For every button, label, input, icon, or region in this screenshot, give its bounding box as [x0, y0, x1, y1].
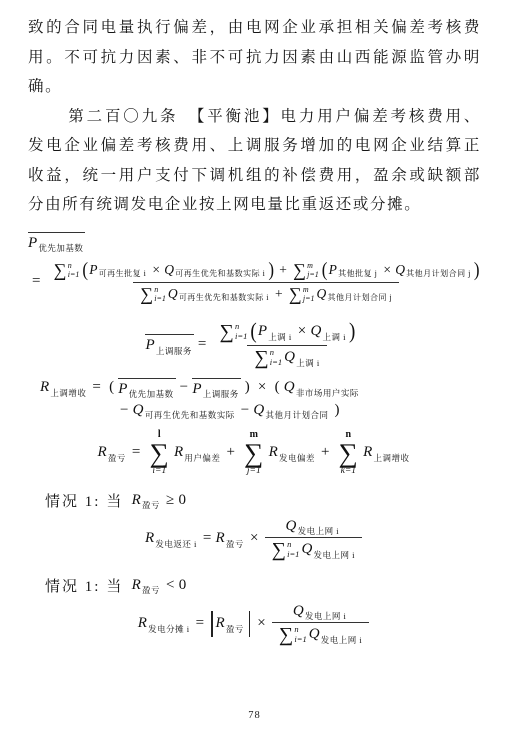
op-plus: +	[321, 444, 330, 461]
page-number: 78	[0, 710, 509, 721]
sub-up-i: 上调 i	[296, 357, 320, 369]
var-P: P	[28, 235, 37, 252]
fraction-numerator: ∑ni=1 ( P可再生批复 i × Q可再生优先和基数实际 i ) + ∑mj…	[47, 258, 486, 282]
op-less-than: <	[166, 577, 175, 594]
paragraph-line: 确。	[28, 72, 481, 102]
formula-up-income-line2: − Q可再生优先和基数实际 − Q其他月计划合同 )	[116, 402, 481, 419]
op-times: ×	[257, 615, 266, 632]
paragraph-2-article-209: 第二百〇九条 【平衡池】电力用户偏差考核费用、 发电企业偏差考核费用、上调服务增…	[28, 102, 481, 220]
sub-other-approved: 其他批复 j	[338, 268, 377, 279]
sigma-icon: ∑	[293, 261, 306, 279]
formula-up-service-price: P上调服务 = ∑ni=1 ( P上调 i × Q上调 i ) ∑ni=1 Q上…	[28, 319, 481, 370]
op-times: ×	[250, 530, 259, 547]
paragraph-line: 发电企业偏差考核费用、上调服务增加的电网企业结算正	[28, 131, 481, 161]
value-zero: 0	[178, 492, 186, 509]
op-equals: =	[198, 336, 207, 353]
op-minus: −	[180, 379, 189, 396]
sum-lower: i=1	[287, 550, 299, 560]
var-Q: Q	[301, 541, 312, 558]
case-when: 当	[106, 490, 121, 511]
sum-i1-n-icon: ∑ni=1	[254, 348, 282, 368]
sub-renewable-actual: 可再生优先和基数实际	[145, 409, 235, 421]
sum-i1-n-icon: ∑ni=1	[54, 261, 80, 279]
op-equals: =	[203, 530, 212, 547]
document-page: 致的合同电量执行偏差，由电网企业承担相关偏差考核费 用。不可抗力因素、非不可抗力…	[0, 0, 509, 731]
var-Q: Q	[133, 402, 144, 419]
sub-up-income: 上调增收	[373, 452, 409, 464]
sub-renewable-actual: 可再生优先和基数实际 i	[179, 292, 269, 303]
overline-p-priority-base: P优先加基数	[28, 232, 85, 252]
formula-gen-return: R发电返还 i = R盈亏 × Q发电上网 i ∑ni=1 Q发电上网 i	[28, 516, 481, 562]
sub-gen-deviation: 发电偏差	[279, 452, 315, 464]
sum-j1-m-icon: ∑mj=1	[293, 261, 319, 279]
var-R: R	[132, 577, 141, 594]
var-Q: Q	[284, 379, 295, 396]
formula-up-income-line1: R上调增收 = ( P优先加基数 − P上调服务 ) × ( Q非市场用户实际	[40, 378, 481, 398]
value-zero: 0	[179, 577, 187, 594]
sum-upper: n	[68, 261, 80, 270]
sub-other-plan: 其他月计划合同 j	[328, 292, 393, 303]
sub-gen-return: 发电返还 i	[155, 538, 197, 550]
sigma-icon: ∑	[220, 322, 234, 342]
op-times: ×	[383, 262, 391, 278]
sum-upper: m	[303, 285, 315, 294]
sub-profit-loss: 盈亏	[226, 623, 244, 635]
paren-left: (	[250, 319, 257, 344]
fraction-denominator: ∑ni=1 Q可再生优先和基数实际 i + ∑mj=1 Q其他月计划合同 j	[133, 282, 399, 305]
abs-bar-icon	[249, 611, 250, 637]
var-Q: Q	[293, 603, 304, 620]
sum-upper: m	[307, 261, 319, 270]
op-minus: −	[120, 402, 129, 419]
sub-renewable-approved: 可再生批复 i	[99, 268, 147, 279]
sub-user-deviation: 用户偏差	[184, 452, 220, 464]
op-plus: +	[226, 444, 235, 461]
fraction-denominator: ∑ni=1 Q上调 i	[247, 345, 326, 370]
op-times: ×	[298, 323, 307, 340]
sub-gen-grid: 发电上网 i	[305, 610, 347, 622]
paren-left: (	[322, 258, 328, 281]
sub-up-income: 上调增收	[50, 387, 86, 399]
var-R: R	[98, 444, 107, 461]
sub-up-i: 上调 i	[322, 331, 346, 343]
sum-lower: i=1	[154, 294, 166, 303]
var-R: R	[363, 444, 372, 461]
sub-profit-loss: 盈亏	[142, 499, 160, 511]
var-R: R	[269, 444, 278, 461]
var-R: R	[174, 444, 183, 461]
var-R: R	[132, 492, 141, 509]
paren-left: (	[82, 258, 88, 281]
sum-i1-n-icon: ∑ni=1	[272, 540, 300, 560]
op-minus: −	[241, 402, 250, 419]
fraction-numerator: Q发电上网 i	[288, 601, 354, 622]
sum-i1-l-icon: l∑i=1	[150, 429, 169, 477]
fraction-denominator: ∑ni=1 Q发电上网 i	[265, 537, 362, 562]
var-R: R	[216, 530, 225, 547]
sigma-icon: ∑	[279, 625, 293, 645]
paren-left: (	[109, 379, 114, 396]
sub-renewable-actual: 可再生优先和基数实际 i	[175, 268, 265, 279]
paren-right: )	[245, 379, 250, 396]
sub-gen-grid: 发电上网 i	[313, 549, 355, 561]
sum-j1-m-icon: ∑mj=1	[289, 285, 315, 303]
sum-lower: k=1	[341, 466, 356, 477]
fraction-up-service: ∑ni=1 ( P上调 i × Q上调 i ) ∑ni=1 Q上调 i	[213, 319, 362, 370]
sub-gen-share: 发电分摊 i	[148, 623, 190, 635]
paragraph-line: 收益，统一用户支付下调机组的补偿费用，盈余或缺额部	[28, 161, 481, 191]
abs-bar-icon	[211, 611, 212, 637]
op-equals: =	[92, 379, 101, 396]
paragraph-1: 致的合同电量执行偏差，由电网企业承担相关偏差考核费 用。不可抗力因素、非不可抗力…	[28, 13, 481, 102]
sub-profit-loss: 盈亏	[142, 584, 160, 596]
overline-p-up-service: P上调服务	[192, 378, 240, 398]
paren-right: )	[349, 319, 356, 344]
var-Q: Q	[286, 518, 297, 535]
sub-profit-loss: 盈亏	[108, 452, 126, 464]
paragraph-line: 第二百〇九条 【平衡池】电力用户偏差考核费用、	[28, 102, 481, 132]
op-plus: +	[279, 262, 287, 278]
formula-priority-base-price-rhs: = ∑ni=1 ( P可再生批复 i × Q可再生优先和基数实际 i ) + ∑…	[28, 258, 481, 305]
sum-lower: i=1	[294, 635, 306, 645]
case-label: 情况 1:	[45, 490, 100, 511]
sum-lower: i=1	[152, 466, 166, 477]
var-Q: Q	[253, 402, 264, 419]
formula-profit-loss: R盈亏 = l∑i=1 R用户偏差 + m∑j=1 R发电偏差 + n∑k=1 …	[28, 429, 481, 477]
sum-lower: j=1	[303, 294, 315, 303]
sum-i1-n-icon: ∑ni=1	[140, 285, 166, 303]
sigma-icon: ∑	[254, 348, 268, 368]
sum-k1-n-icon: n∑k=1	[339, 429, 358, 477]
var-Q: Q	[395, 262, 405, 278]
sub-priority-base: 优先加基数	[129, 388, 174, 400]
sigma-icon: ∑	[244, 440, 263, 466]
var-P: P	[145, 337, 154, 354]
sub-profit-loss: 盈亏	[226, 538, 244, 550]
overline-p-priority-base: P优先加基数	[118, 378, 175, 398]
sigma-icon: ∑	[272, 540, 286, 560]
op-equals: =	[196, 615, 205, 632]
paragraph-line: 分由所有统调发电企业按上网电量比重返还或分摊。	[28, 190, 481, 220]
sub-gen-grid: 发电上网 i	[321, 634, 363, 646]
fraction-priority-base: ∑ni=1 ( P可再生批复 i × Q可再生优先和基数实际 i ) + ∑mj…	[47, 258, 486, 305]
paren-left: (	[275, 379, 280, 396]
fraction-gen-grid-share: Q发电上网 i ∑ni=1 Q发电上网 i	[272, 601, 369, 647]
var-P: P	[89, 262, 97, 278]
var-P: P	[192, 381, 201, 398]
sub-other-plan: 其他月计划合同 j	[406, 268, 471, 279]
var-R: R	[138, 615, 147, 632]
sub-other-plan: 其他月计划合同	[265, 409, 328, 421]
var-P: P	[329, 262, 337, 278]
sub-up-service: 上调服务	[203, 388, 239, 400]
sigma-icon: ∑	[289, 285, 302, 303]
fraction-numerator: Q发电上网 i	[281, 516, 347, 537]
op-equals: =	[132, 444, 141, 461]
sub-gen-grid: 发电上网 i	[298, 525, 340, 537]
sum-lower: i=1	[270, 358, 282, 368]
var-Q: Q	[317, 286, 327, 302]
op-equals: =	[32, 273, 41, 290]
var-Q: Q	[164, 262, 174, 278]
formula-gen-share: R发电分摊 i = R盈亏 × Q发电上网 i ∑ni=1 Q发电上网 i	[28, 601, 481, 647]
op-plus: +	[275, 286, 283, 302]
sigma-icon: ∑	[150, 440, 169, 466]
var-R: R	[145, 530, 154, 547]
var-Q: Q	[168, 286, 178, 302]
sub-up-i: 上调 i	[268, 331, 292, 343]
var-Q: Q	[309, 626, 320, 643]
paragraph-line: 致的合同电量执行偏差，由电网企业承担相关偏差考核费	[28, 13, 481, 43]
fraction-denominator: ∑ni=1 Q发电上网 i	[272, 622, 369, 647]
sub-priority-base: 优先加基数	[38, 242, 83, 254]
case-label: 情况 1:	[45, 575, 100, 596]
overline-p-up-service: P上调服务	[145, 334, 193, 354]
op-greater-equal: ≥	[166, 492, 174, 509]
sigma-icon: ∑	[140, 285, 153, 303]
paren-right: )	[474, 258, 480, 281]
case-1-condition: 情况 1: 当 R盈亏 ≥ 0	[45, 490, 481, 511]
op-times: ×	[152, 262, 160, 278]
sub-up-service: 上调服务	[156, 345, 192, 357]
formula-priority-base-price-lhs: P优先加基数	[28, 232, 481, 252]
case-when: 当	[106, 575, 121, 596]
var-P: P	[258, 323, 267, 340]
sub-nonmarket: 非市场用户实际	[296, 387, 359, 399]
sum-i1-n-icon: ∑ni=1	[220, 322, 248, 342]
sum-lower: j=1	[307, 270, 319, 279]
fraction-gen-grid-share: Q发电上网 i ∑ni=1 Q发电上网 i	[265, 516, 362, 562]
sum-lower: j=1	[247, 466, 261, 477]
var-R: R	[40, 379, 49, 396]
sum-i1-n-icon: ∑ni=1	[279, 625, 307, 645]
paren-right: )	[334, 402, 339, 419]
sigma-icon: ∑	[339, 440, 358, 466]
var-P: P	[118, 381, 127, 398]
paragraph-line: 用。不可抗力因素、非不可抗力因素由山西能源监管办明	[28, 43, 481, 73]
sum-j1-m-icon: m∑j=1	[244, 429, 263, 477]
case-2-condition: 情况 1: 当 R盈亏 < 0	[45, 575, 481, 596]
sum-lower: i=1	[68, 270, 80, 279]
var-Q: Q	[284, 349, 295, 366]
sigma-icon: ∑	[54, 261, 67, 279]
sum-upper: n	[154, 285, 166, 294]
fraction-numerator: ∑ni=1 ( P上调 i × Q上调 i )	[213, 319, 362, 345]
op-times: ×	[258, 379, 267, 396]
var-R: R	[216, 615, 225, 632]
paren-right: )	[268, 258, 274, 281]
var-Q: Q	[310, 323, 321, 340]
sum-lower: i=1	[235, 332, 247, 342]
